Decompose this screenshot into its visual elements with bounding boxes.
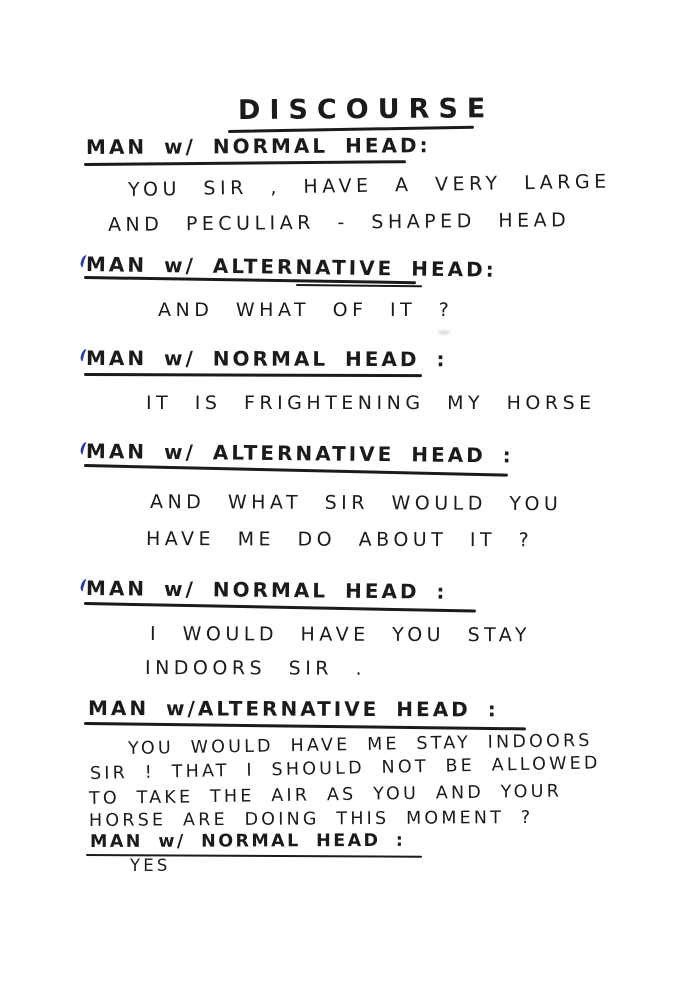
speaker-heading-normal-head-3: MAN w/ NORMAL HEAD : <box>86 576 448 604</box>
dialogue-line: YES <box>130 856 171 875</box>
speaker-underline <box>84 160 406 165</box>
dialogue-line: AND WHAT SIR WOULD YOU <box>150 491 562 515</box>
dialogue-line: INDOORS SIR . <box>145 657 366 680</box>
blue-ink-mark <box>79 441 90 456</box>
dialogue-line: AND PECULIAR - SHAPED HEAD <box>108 209 570 236</box>
dialogue-line: TO TAKE THE AIR AS YOU AND YOUR <box>89 782 562 809</box>
speaker-heading-normal-head-4: MAN w/ NORMAL HEAD : <box>90 831 405 852</box>
blue-ink-mark <box>79 348 90 363</box>
paper-smudge <box>438 330 450 335</box>
dialogue-line: YOU SIR , HAVE A VERY LARGE <box>128 171 611 201</box>
speaker-underline-second-stroke <box>296 284 422 288</box>
blue-ink-mark <box>79 254 90 269</box>
speaker-underline <box>84 722 526 730</box>
speaker-heading-normal-head-2: MAN w/ NORMAL HEAD : <box>86 346 448 371</box>
speaker-heading-normal-head-1: MAN w/ NORMAL HEAD: <box>86 133 431 159</box>
speaker-underline <box>84 602 476 612</box>
dialogue-line: I WOULD HAVE YOU STAY <box>150 623 531 646</box>
speaker-heading-alternative-head-2: MAN w/ ALTERNATIVE HEAD : <box>86 439 514 467</box>
dialogue-line: HAVE ME DO ABOUT IT ? <box>146 528 533 551</box>
speaker-heading-alternative-head-3: MAN w/ALTERNATIVE HEAD : <box>88 696 499 721</box>
dialogue-line: IT IS FRIGHTENING MY HORSE <box>146 392 596 414</box>
dialogue-line: HORSE ARE DOING THIS MOMENT ? <box>89 808 533 831</box>
title-underline <box>228 126 474 133</box>
blue-ink-mark <box>79 578 90 593</box>
page-title: DISCOURSE <box>238 93 494 126</box>
handwritten-page: DISCOURSE MAN w/ NORMAL HEAD: YOU SIR , … <box>0 0 700 982</box>
dialogue-line: AND WHAT OF IT ? <box>158 299 453 321</box>
speaker-underline <box>84 373 422 377</box>
